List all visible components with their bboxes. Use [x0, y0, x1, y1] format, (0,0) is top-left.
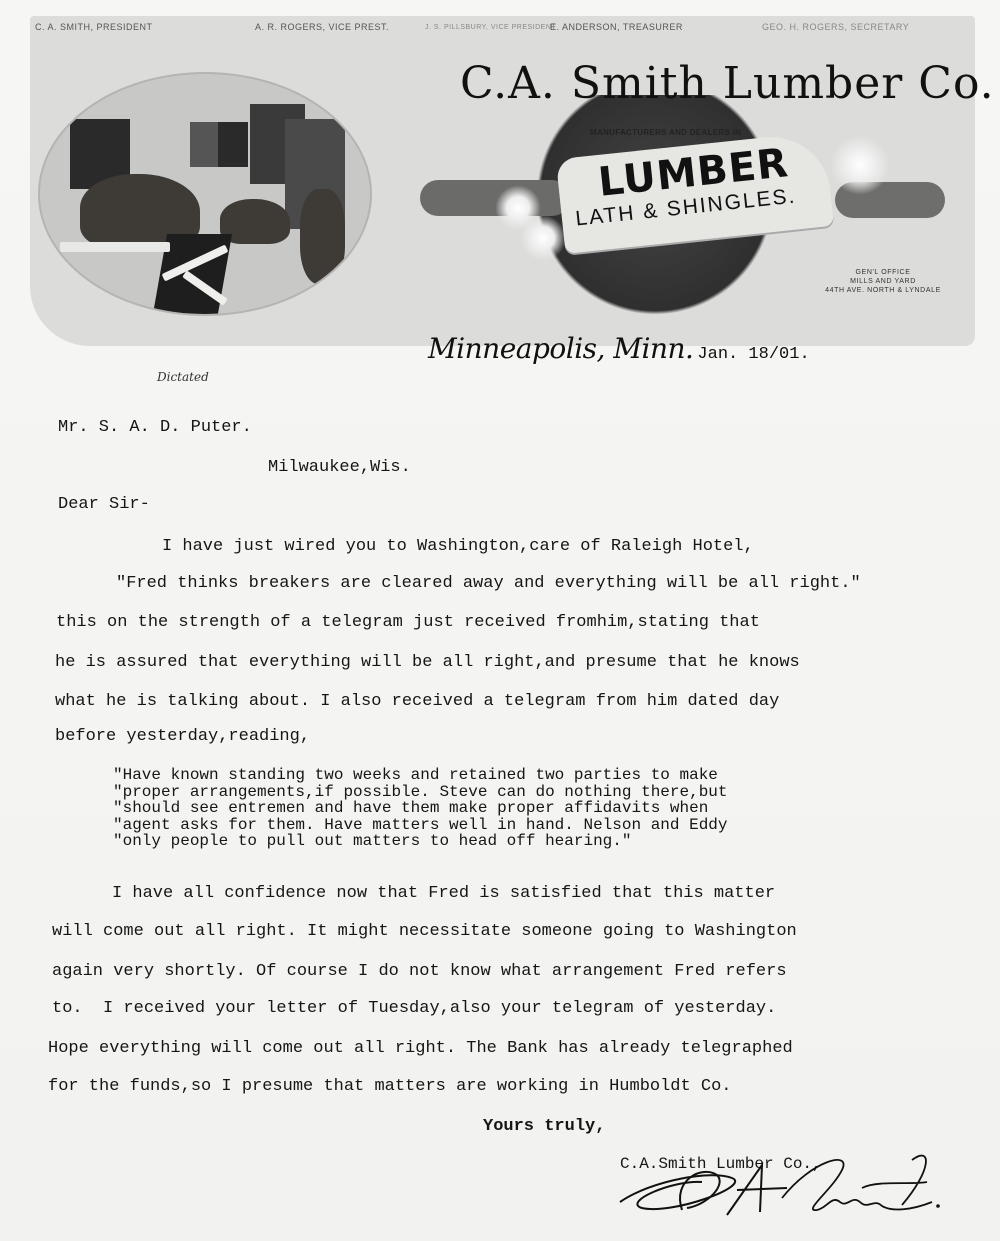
body-line: this on the strength of a telegram just …	[56, 613, 760, 632]
officer-vice-president-2: J. S. Pillsbury, Vice President	[425, 24, 556, 31]
recipient-name: Mr. S. A. D. Puter.	[58, 418, 252, 437]
salutation: Dear Sir-	[58, 495, 150, 514]
body-line: to. I received your letter of Tuesday,al…	[52, 999, 776, 1018]
body-line: "Fred thinks breakers are cleared away a…	[116, 574, 861, 593]
telegram-line: "only people to pull out matters to head…	[113, 833, 728, 850]
star-burst-icon	[520, 215, 566, 261]
valediction: Yours truly,	[483, 1117, 605, 1136]
officer-secretary: Geo. H. Rogers, Secretary	[762, 22, 909, 32]
letter-page: C. A. Smith, President A. R. Rogers, Vic…	[0, 0, 1000, 1241]
body-line: for the funds,so I presume that matters …	[48, 1077, 732, 1096]
company-name: C.A. Smith Lumber Co.	[460, 58, 960, 109]
officers-line: C. A. Smith, President A. R. Rogers, Vic…	[30, 22, 975, 36]
office-line: Gen'l Office	[808, 268, 958, 277]
office-line: 44th Ave. North & Lyndale	[808, 286, 958, 295]
company-tagline: Manufacturers and Dealers in	[590, 128, 741, 137]
body-line: I have all confidence now that Fred is s…	[112, 884, 775, 903]
bears-illustration	[38, 72, 372, 316]
body-line: what he is talking about. I also receive…	[55, 692, 779, 711]
telegram-line: "agent asks for them. Have matters well …	[113, 817, 728, 834]
body-line: he is assured that everything will be al…	[55, 653, 800, 672]
body-line: I have just wired you to Washington,care…	[162, 537, 754, 556]
body-line: again very shortly. Of course I do not k…	[52, 962, 787, 981]
dictated-stamp: Dictated	[157, 370, 209, 384]
body-line: before yesterday,reading,	[55, 727, 310, 746]
bear-right	[300, 189, 345, 284]
quoted-telegram: "Have known standing two weeks and retai…	[113, 767, 728, 850]
officer-treasurer: E. Anderson, Treasurer	[550, 22, 683, 32]
telegram-line: "should see entremen and have them make …	[113, 800, 728, 817]
city-script: Minneapolis, Minn.	[428, 332, 693, 365]
office-address: Gen'l Office Mills and Yard 44th Ave. No…	[808, 268, 958, 295]
pine-branch-icon	[830, 135, 890, 195]
officer-vice-president: A. R. Rogers, Vice Prest.	[255, 22, 389, 32]
body-line: will come out all right. It might necess…	[52, 922, 797, 941]
body-line: Hope everything will come out all right.…	[48, 1039, 793, 1058]
handwritten-signature	[612, 1140, 942, 1220]
officer-president: C. A. Smith, President	[35, 22, 153, 32]
telegram-line: "proper arrangements,if possible. Steve …	[113, 784, 728, 801]
recipient-city: Milwaukee,Wis.	[268, 458, 411, 477]
dateline: Minneapolis, Minn.Jan. 18/01.	[428, 332, 810, 365]
letter-date: Jan. 18/01.	[697, 345, 809, 364]
office-line: Mills and Yard	[808, 277, 958, 286]
telegram-line: "Have known standing two weeks and retai…	[113, 767, 728, 784]
